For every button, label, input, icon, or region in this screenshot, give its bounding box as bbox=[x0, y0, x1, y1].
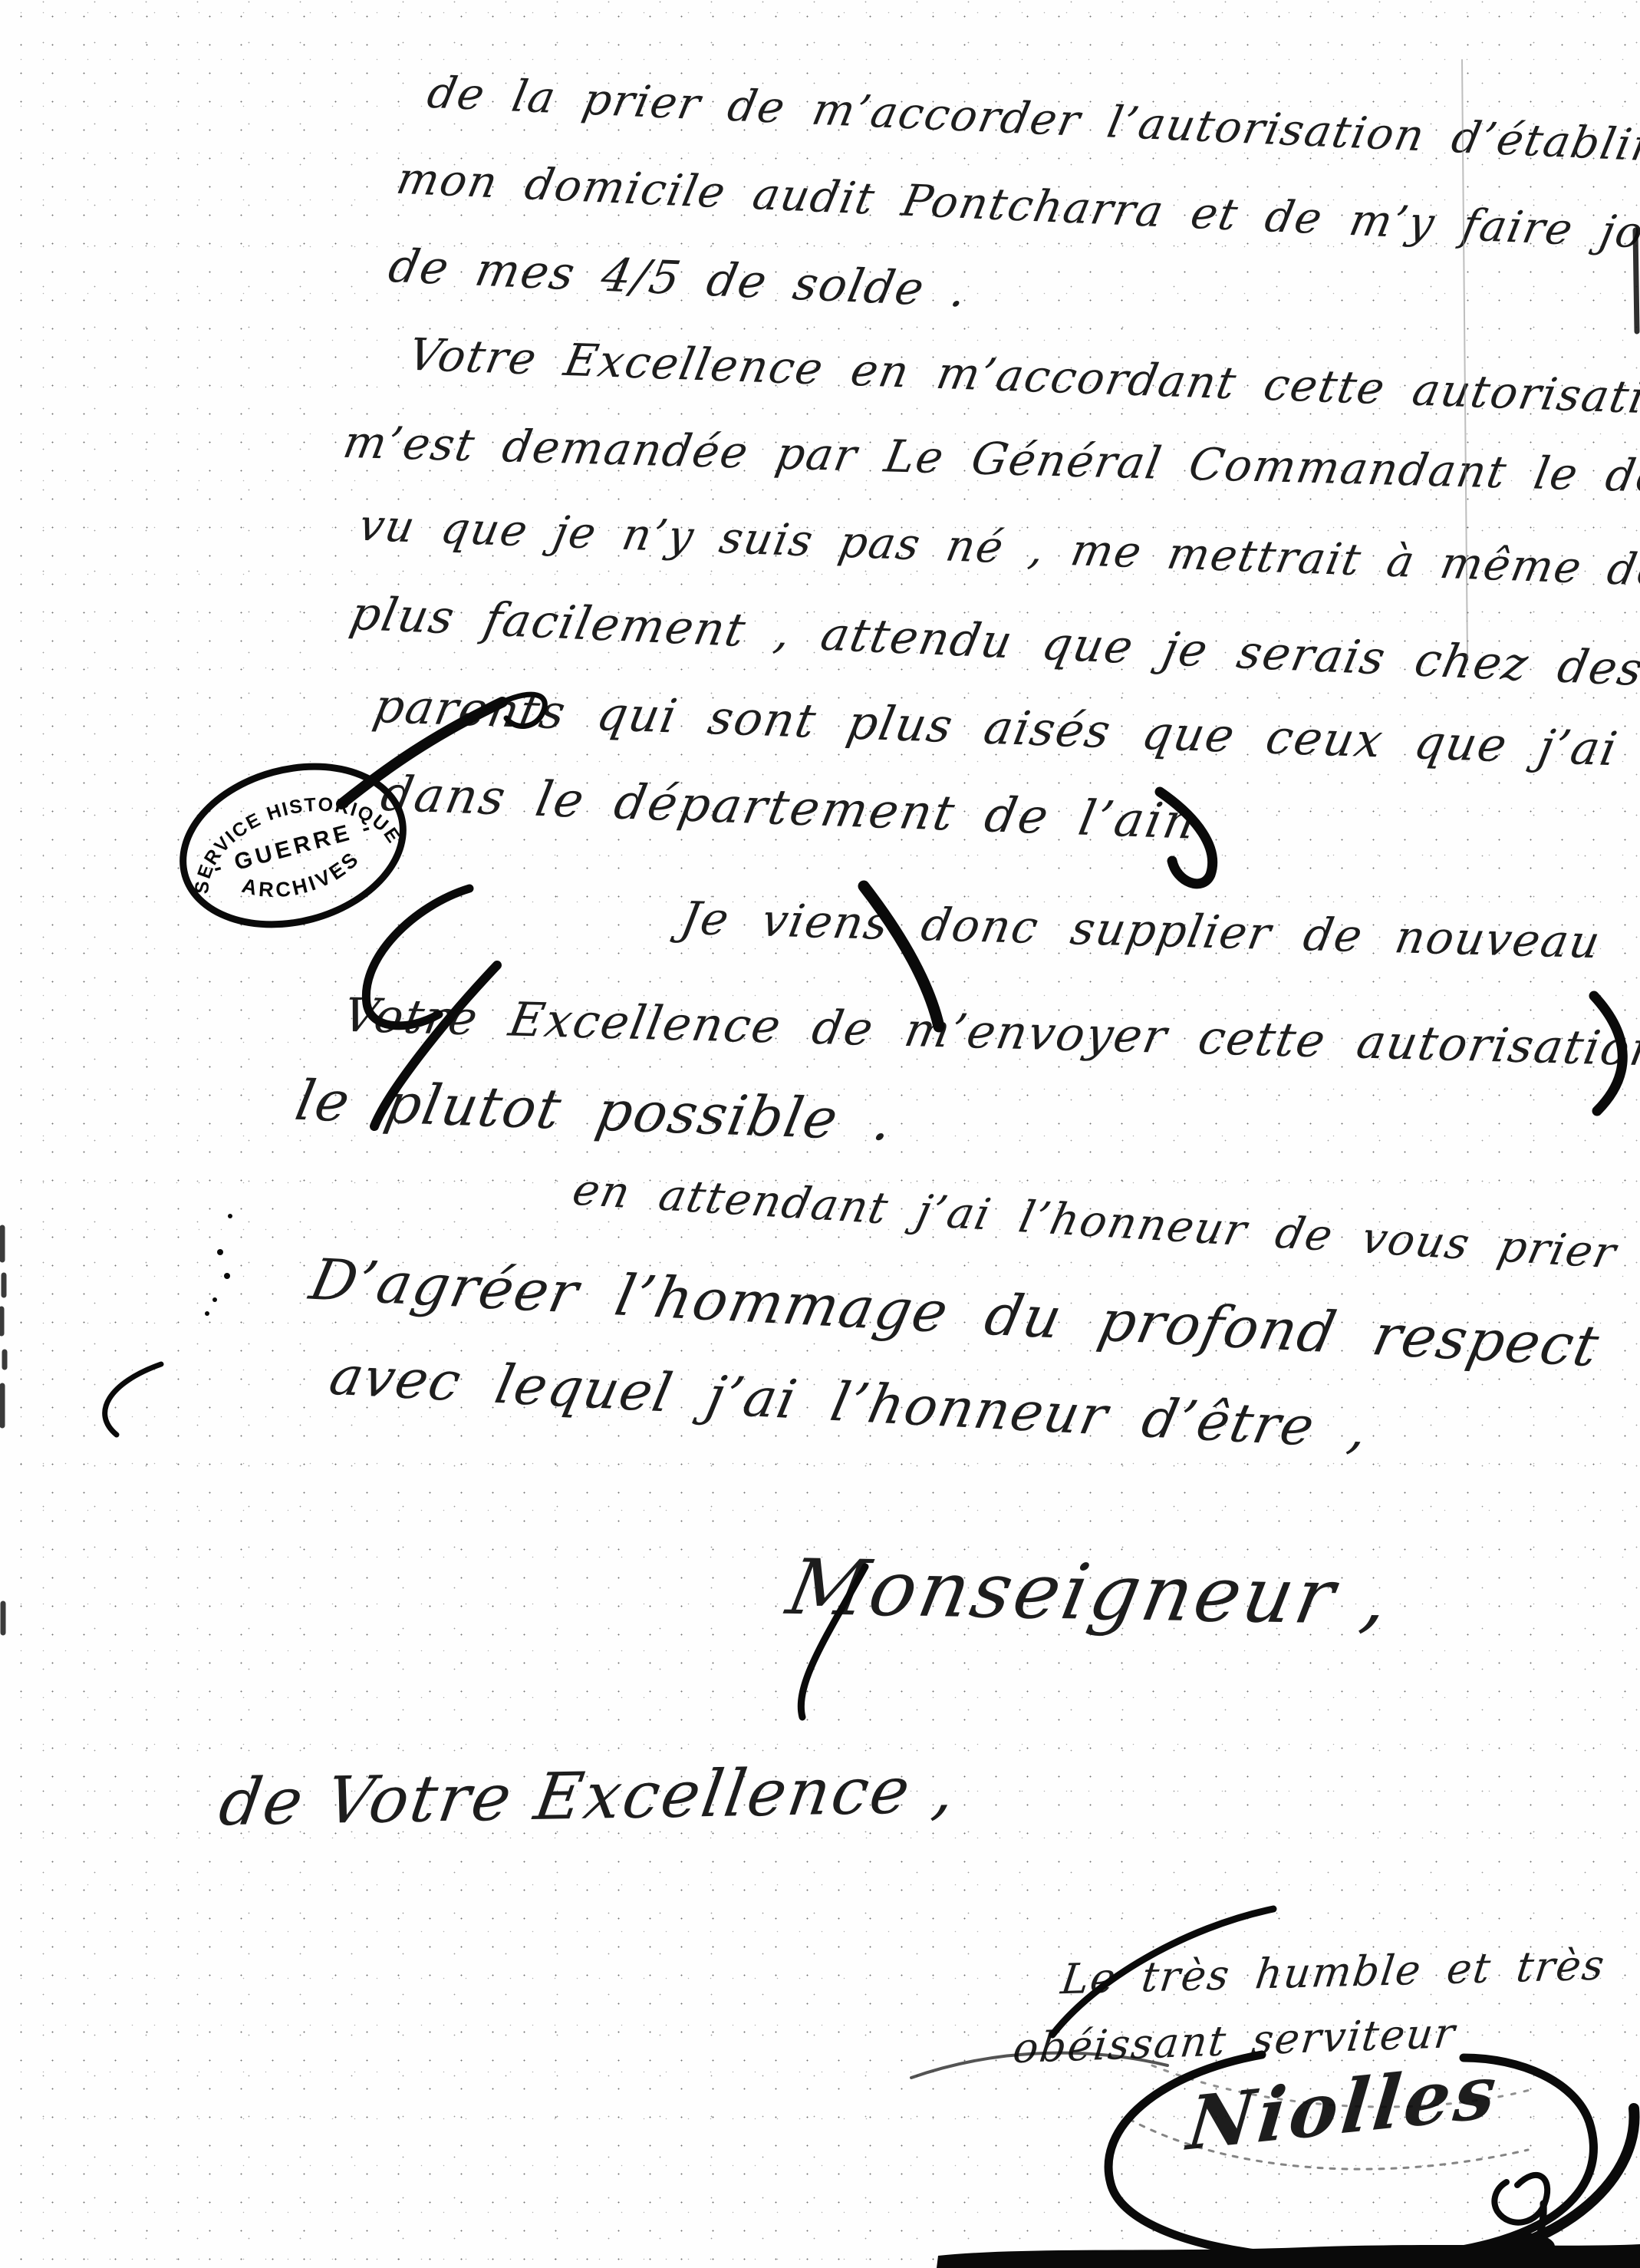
valediction-line: Le très humble et très bbox=[1059, 1940, 1609, 2003]
left-edge-scan-dashes bbox=[2, 1228, 5, 1633]
handwriting-line: Votre Excellence en m’accordant cette au… bbox=[404, 328, 1640, 430]
bottom-scan-bar bbox=[937, 2244, 1640, 2268]
handwriting-line: de mes 4/5 de solde . bbox=[384, 239, 973, 318]
ink-dot bbox=[228, 1214, 232, 1218]
signature-loop-tail bbox=[1517, 2204, 1543, 2268]
salutation-line: Monseigneur , bbox=[780, 1542, 1399, 1642]
signature-text: Niolles bbox=[1184, 2048, 1503, 2167]
handwriting-line: plus facilement , attendu que je serais … bbox=[346, 587, 1640, 697]
ink-blob bbox=[1490, 2233, 1555, 2260]
handwriting-line: dans le département de l’ain bbox=[377, 766, 1203, 850]
handwriting-line: mon domicile audit Pontcharra et de m’y … bbox=[393, 153, 1640, 261]
archive-stamp: SERVICE HISTORIQUE - GUERRE - ARCHIVES bbox=[173, 749, 413, 942]
ink-dot bbox=[212, 1297, 217, 1302]
handwriting-line: parents qui sont plus aisés que ceux que… bbox=[369, 679, 1622, 776]
handwriting-line: en attendant j’ai l’honneur de vous prie… bbox=[568, 1165, 1622, 1278]
scanned-letter-page: de la prier de m’accorder l’autorisation… bbox=[0, 0, 1640, 2268]
handwriting-line: avec lequel j’ai l’honneur d’être , bbox=[324, 1344, 1375, 1461]
left-margin-paren bbox=[105, 1364, 161, 1435]
ink-dot bbox=[224, 1273, 230, 1279]
handwriting-line: le plutot possible . bbox=[291, 1068, 900, 1153]
from-line: de Votre Excellence , bbox=[214, 1752, 963, 1840]
ink-dot bbox=[217, 1249, 223, 1255]
signature-small-loop bbox=[1494, 2175, 1547, 2223]
handwriting-line: m’est demandée par Le Général Commandant… bbox=[339, 416, 1640, 507]
handwriting-line: Je viens donc supplier de nouveau bbox=[677, 892, 1605, 968]
handwriting-line: Votre Excellence de m’envoyer cette auto… bbox=[339, 988, 1640, 1077]
handwriting-line: vu que je n’y suis pas né , me mettrait … bbox=[354, 500, 1640, 602]
handwriting-line: de la prier de m’accorder l’autorisation… bbox=[423, 68, 1640, 173]
ink-dot bbox=[205, 1311, 209, 1316]
